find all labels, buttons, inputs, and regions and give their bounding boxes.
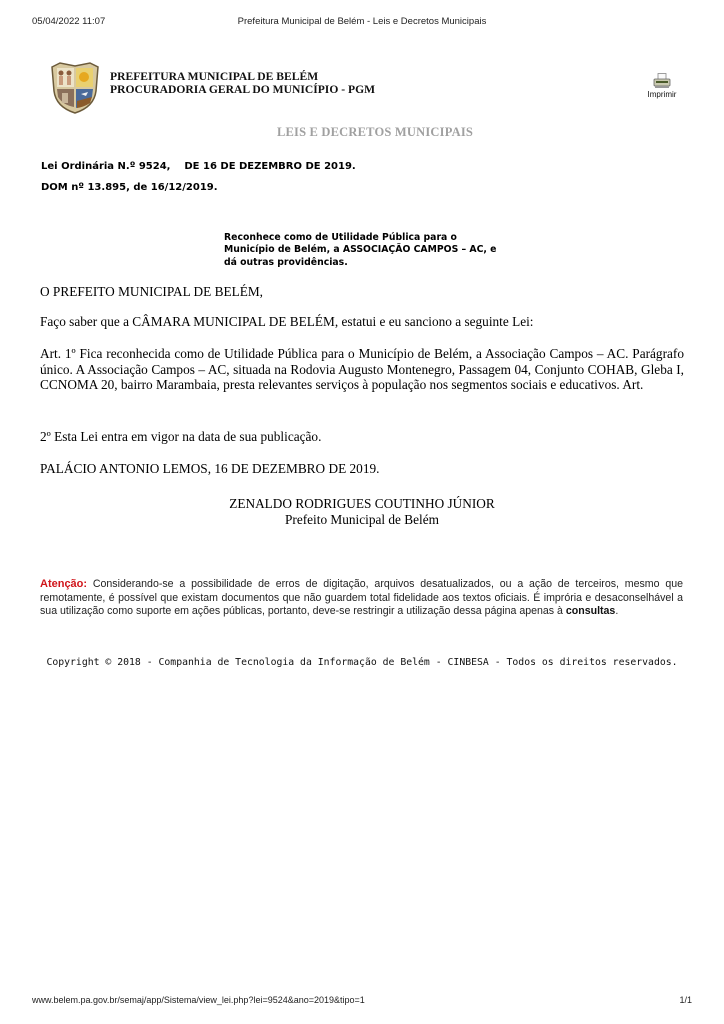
page-url: www.belem.pa.gov.br/semaj/app/Sistema/vi… (32, 995, 365, 1005)
print-header: 05/04/2022 11:07 Prefeitura Municipal de… (0, 16, 724, 30)
law-place-date: PALÁCIO ANTONIO LEMOS, 16 DE DEZEMBRO DE… (40, 461, 684, 477)
law-title: Lei Ordinária N.º 9524, DE 16 DE DEZEMBR… (41, 161, 356, 172)
org-line-1: PREFEITURA MUNICIPAL DE BELÉM (110, 70, 375, 83)
org-line-2: PROCURADORIA GERAL DO MUNICÍPIO - PGM (110, 83, 375, 96)
law-preamble: O PREFEITO MUNICIPAL DE BELÉM, (40, 284, 684, 300)
law-article-1: Art. 1º Fica reconhecida como de Utilida… (40, 346, 684, 393)
signatory-role: Prefeito Municipal de Belém (0, 512, 724, 528)
section-title: LEIS E DECRETOS MUNICIPAIS (0, 125, 724, 140)
disclaimer-notice: Atenção: Considerando-se a possibilidade… (40, 578, 683, 619)
dom-reference: DOM nº 13.895, de 16/12/2019. (41, 182, 218, 193)
notice-emphasis: consultas (566, 605, 615, 617)
signature-block: ZENALDO RODRIGUES COUTINHO JÚNIOR Prefei… (0, 496, 724, 528)
printer-icon (653, 73, 671, 89)
print-button[interactable]: Imprimir (640, 73, 684, 103)
law-ementa: Reconhece como de Utilidade Pública para… (224, 232, 504, 269)
print-label: Imprimir (640, 90, 684, 99)
notice-end: . (615, 605, 618, 617)
belem-coat-of-arms-icon (48, 61, 102, 115)
organization-name: PREFEITURA MUNICIPAL DE BELÉM PROCURADOR… (110, 70, 375, 96)
law-enactment: Faço saber que a CÂMARA MUNICIPAL DE BEL… (40, 314, 684, 330)
notice-label: Atenção: (40, 578, 87, 590)
print-page-title: Prefeitura Municipal de Belém - Leis e D… (0, 16, 724, 27)
page-number: 1/1 (679, 995, 692, 1005)
signatory-name: ZENALDO RODRIGUES COUTINHO JÚNIOR (0, 496, 724, 512)
copyright-text: Copyright © 2018 - Companhia de Tecnolog… (40, 657, 684, 669)
law-article-2: 2º Esta Lei entra em vigor na data de su… (40, 429, 684, 445)
print-footer: www.belem.pa.gov.br/semaj/app/Sistema/vi… (0, 995, 724, 1009)
